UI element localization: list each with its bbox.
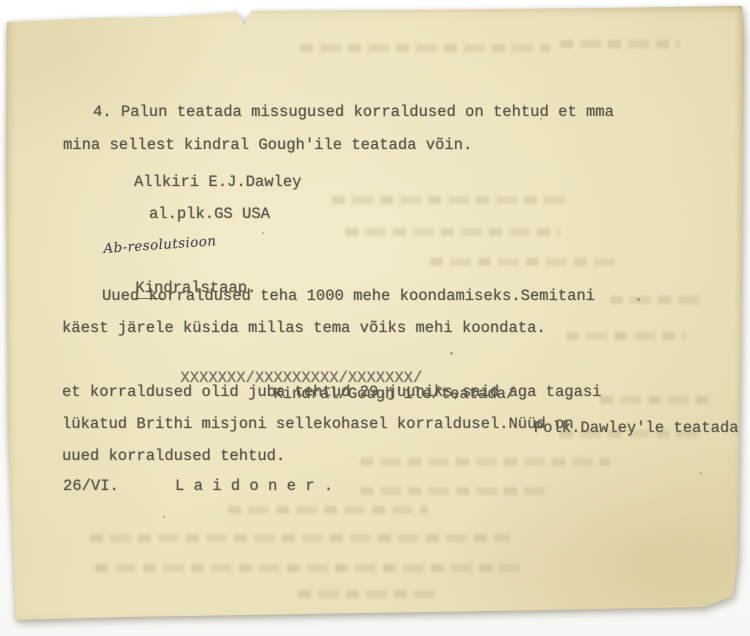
bleedthrough-mark: [90, 534, 510, 542]
order-line-3: lükatud Brithi misjoni sellekohasel korr…: [62, 416, 574, 433]
resolution-line-2: käest järele küsida millas tema võiks me…: [62, 320, 546, 337]
order-line-1: Kindral/Gough'ile/teatada/ XXXXXXX/XXXXX…: [106, 352, 748, 454]
commander-signature: L a i d o n e r .: [175, 478, 333, 495]
handwritten-annotation: Ab-resolutsioon: [103, 233, 217, 257]
paper-speck: [700, 472, 702, 474]
paper-speck: [163, 516, 165, 518]
bleedthrough-mark: [566, 332, 686, 340]
sender-signature-line: Allkiri E.J.Dawley: [134, 174, 301, 191]
bleedthrough-mark: [332, 196, 567, 204]
sender-rank-line: al.plk.GS USA: [149, 206, 270, 223]
bleedthrough-mark: [360, 487, 545, 495]
bleedthrough-mark: [345, 228, 560, 236]
request-line-1: 4. Palun teatada missugused korraldused …: [93, 104, 614, 121]
order-line-2: et korraldused olid juba tehtud 29.juuni…: [62, 384, 602, 401]
bleedthrough-mark: [228, 506, 428, 514]
bleedthrough-mark: [610, 296, 700, 304]
document-paper: 4. Palun teatada missugused korraldused …: [6, 6, 744, 626]
request-line-2: mina sellest kindral Gough'ile teatada v…: [63, 137, 472, 154]
scan-background: 4. Palun teatada missugused korraldused …: [0, 0, 750, 636]
order-line-4: uued korraldused tehtud.: [62, 448, 285, 465]
bleedthrough-mark: [300, 44, 550, 52]
date-line: 26/VI.: [63, 478, 119, 495]
bleedthrough-mark: [360, 458, 610, 466]
bleedthrough-mark: [298, 590, 438, 598]
paper-speck: [262, 232, 264, 234]
resolution-line-1: Uued korraldused teha 1000 mehe koondami…: [102, 288, 595, 305]
bleedthrough-mark: [95, 564, 525, 572]
paper-shadow: 4. Palun teatada missugused korraldused …: [0, 0, 750, 636]
bleedthrough-mark: [560, 40, 680, 48]
bleedthrough-mark: [430, 258, 615, 266]
paper-speck: [637, 298, 640, 301]
